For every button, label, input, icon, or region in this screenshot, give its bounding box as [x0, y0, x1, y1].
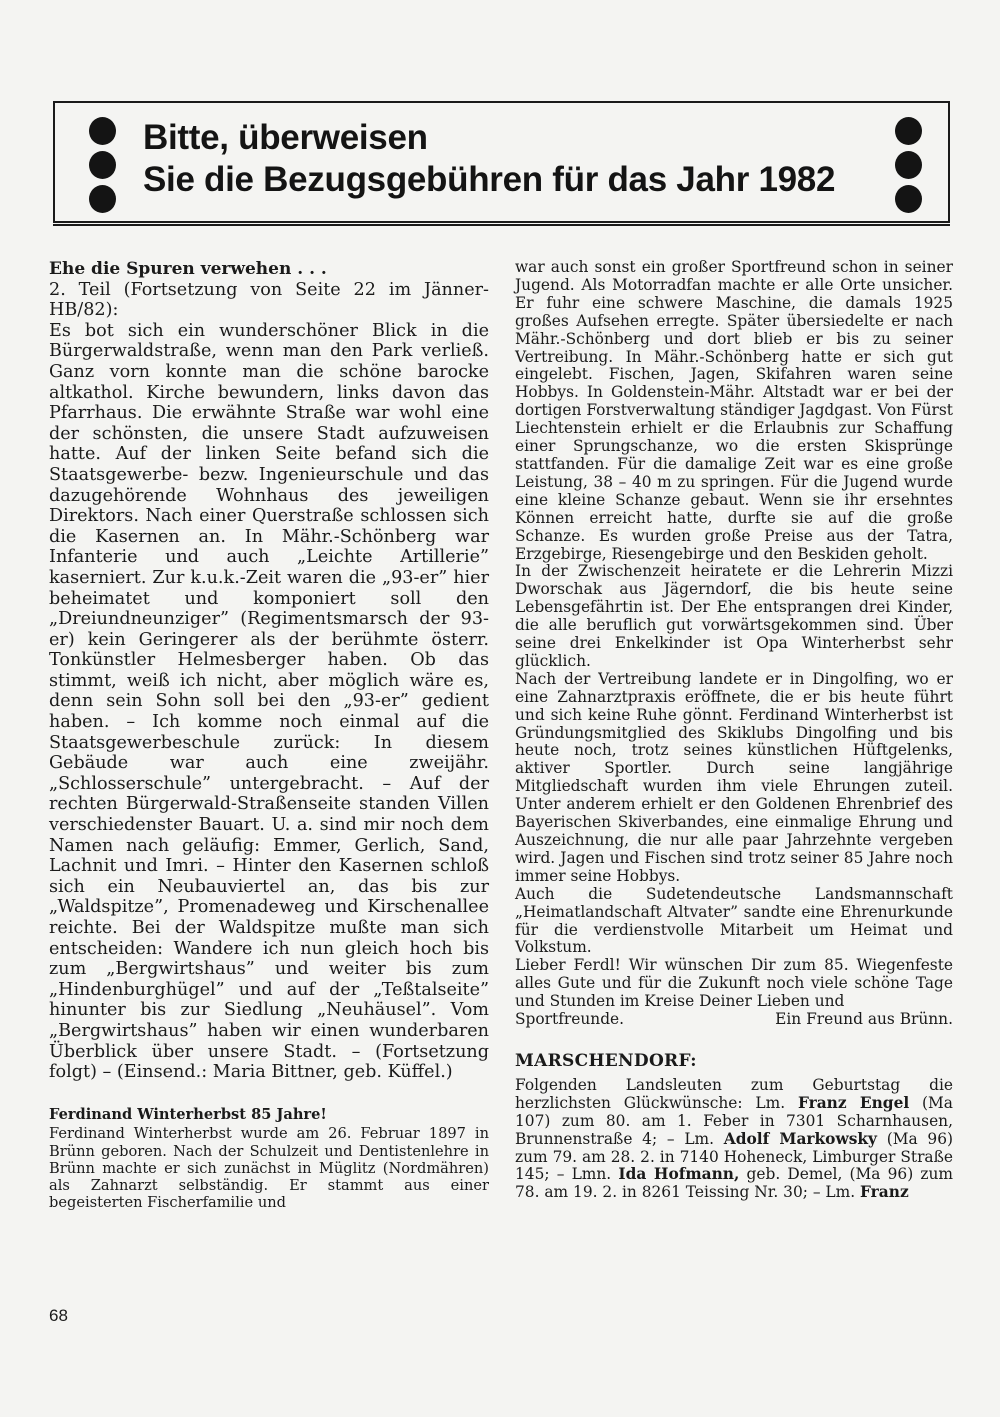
bullet-dot-icon: [89, 151, 116, 179]
article-body: Es bot sich ein wunderschöner Blick in d…: [49, 321, 489, 1083]
section-title: MARSCHENDORF:: [515, 1053, 953, 1071]
person-name: Franz: [860, 1183, 909, 1201]
article-paragraph: Nach der Vertreibung landete er in Dingo…: [515, 671, 953, 886]
closing-line: Sportfreunde. Ein Freund aus Brünn.: [515, 1011, 953, 1029]
article-paragraph: war auch sonst ein großer Sportfreund sc…: [515, 259, 953, 563]
signature: Ein Freund aus Brünn.: [775, 1011, 953, 1029]
banner-line-2: Sie die Bezugsgebühren für das Jahr 1982: [143, 159, 835, 201]
bullet-dots-right: [895, 117, 922, 213]
bullet-dot-icon: [89, 117, 116, 145]
left-column: Ehe die Spuren verwehen . . . 2. Teil (F…: [49, 259, 489, 1211]
person-name: Adolf Markowsky: [724, 1130, 877, 1148]
closing-word: Sportfreunde.: [515, 1011, 624, 1029]
person-name: Ida Hofmann,: [618, 1165, 739, 1183]
person-name: Franz Engel: [798, 1094, 909, 1112]
banner-rule: [53, 224, 950, 226]
banner-title: Bitte, überweisen Sie die Bezugsgebühren…: [143, 117, 835, 201]
article-title: Ehe die Spuren verwehen . . .: [49, 259, 489, 280]
article-paragraph: Lieber Ferdl! Wir wünschen Dir zum 85. W…: [515, 957, 953, 1011]
bullet-dot-icon: [89, 185, 116, 213]
article-body: Ferdinand Winterherbst wurde am 26. Febr…: [49, 1125, 489, 1211]
article-title: Ferdinand Winterherbst 85 Jahre!: [49, 1105, 489, 1126]
right-column: war auch sonst ein großer Sportfreund sc…: [515, 259, 953, 1202]
page-number: 68: [49, 1306, 68, 1326]
birthday-list: Folgenden Landsleuten zum Geburtstag die…: [515, 1077, 953, 1202]
article-subtitle: 2. Teil (Fortsetzung von Seite 22 im Jän…: [49, 280, 489, 321]
bullet-dots-left: [89, 117, 116, 213]
bullet-dot-icon: [895, 151, 922, 179]
subscription-reminder-banner: Bitte, überweisen Sie die Bezugsgebühren…: [53, 101, 950, 223]
bullet-dot-icon: [895, 185, 922, 213]
article-paragraph: Auch die Sudetendeutsche Landsmannschaft…: [515, 886, 953, 958]
article-paragraph: In der Zwischenzeit heiratete er die Leh…: [515, 563, 953, 670]
banner-line-1: Bitte, überweisen: [143, 117, 835, 159]
bullet-dot-icon: [895, 117, 922, 145]
